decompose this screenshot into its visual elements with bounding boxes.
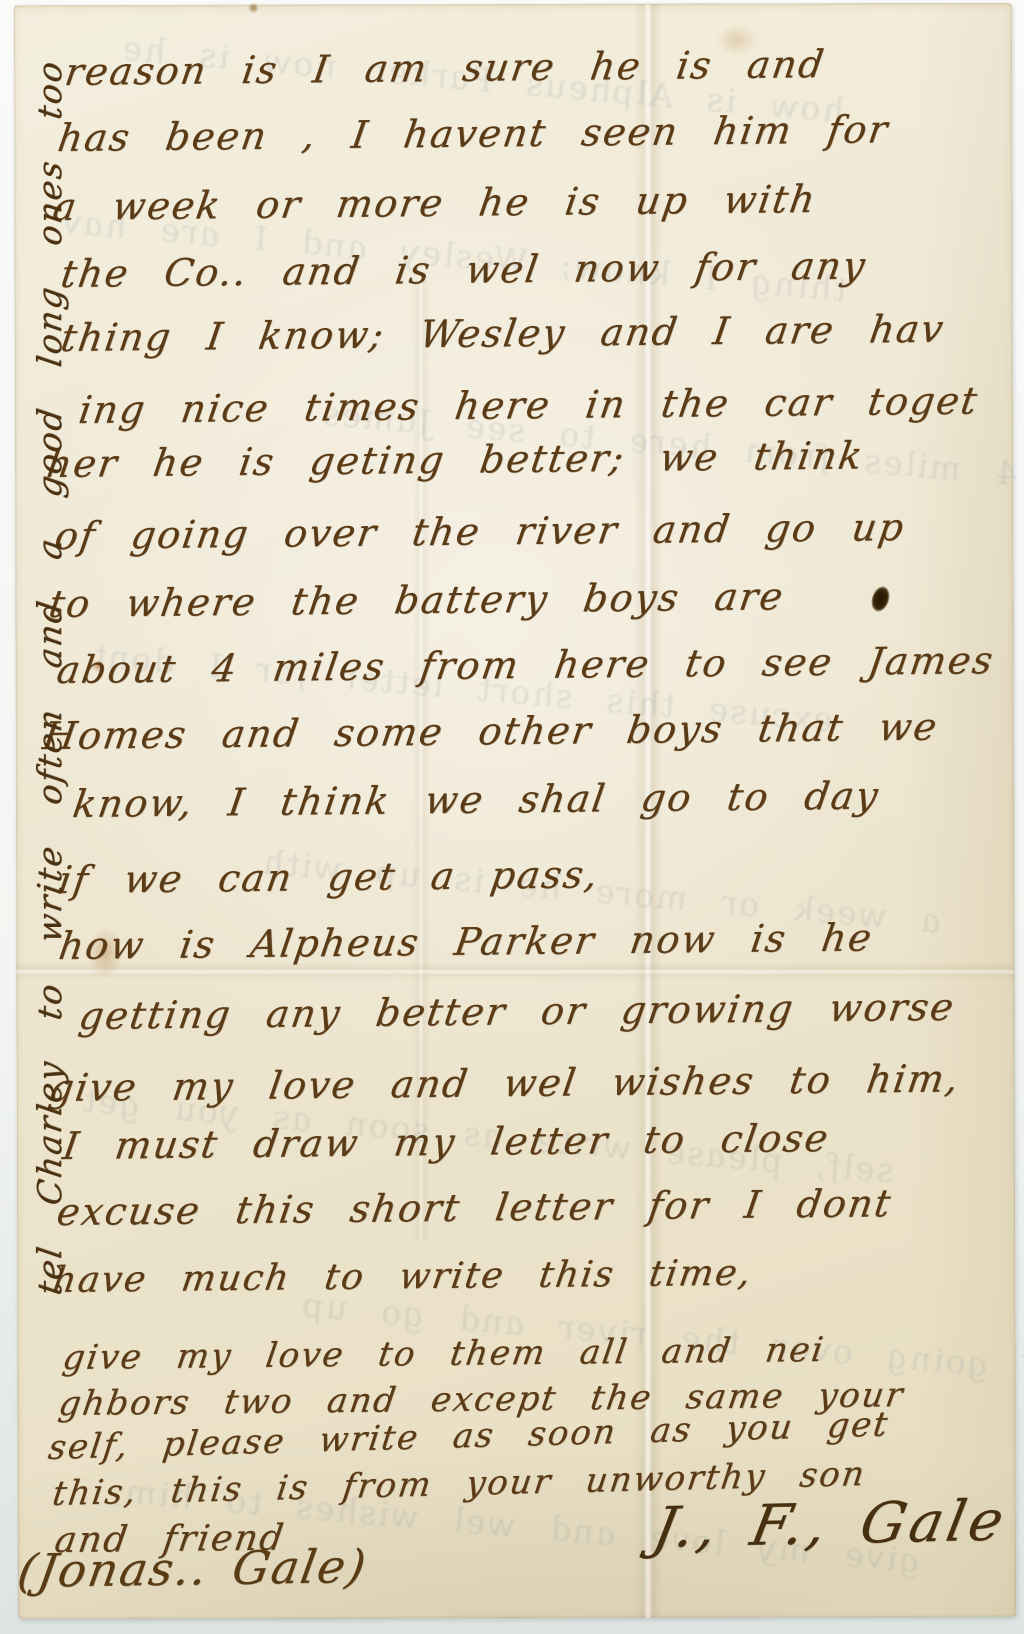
letter-line: a week or more he is up with	[50, 177, 820, 229]
letter-line: have much to write this time,	[50, 1253, 755, 1301]
letter-line: give my love to them all and nei	[60, 1330, 828, 1378]
signed-name: (Jonas.. Gale)	[14, 1539, 371, 1598]
letter-line: how is Alpheus Parker now is he	[56, 915, 876, 968]
letter-line: if we can get a pass,	[56, 852, 602, 902]
letter-line: excuse this short letter for I dont	[54, 1181, 895, 1234]
letter-scan: how is Alpheus Parker now is he thing I …	[0, 0, 1024, 1634]
signature: J., F., Gale	[648, 1488, 1013, 1561]
letter-line: getting any better or growing worse	[76, 985, 958, 1038]
letter-line: know, I think we shal go to day	[70, 773, 883, 826]
letter-line: to where the battery boys are	[46, 574, 788, 626]
letter-line: of going over the river and go up	[52, 505, 908, 558]
letter-line: the Co.. and is wel now for any	[58, 243, 870, 296]
margin-note: tel Charley to write often and a good lo…	[30, 17, 69, 1297]
letter-line: thing I know; Wesley and I are hav	[58, 307, 948, 360]
letter-line: her he is geting better; we think	[44, 433, 867, 486]
letter-line: I must draw my letter to close	[60, 1116, 833, 1168]
letter-line: has been , I havent seen him for	[55, 107, 892, 160]
letter-line: Homes and some other boys that we	[40, 705, 941, 758]
letter-line: reason is I am sure he is and	[62, 42, 828, 94]
